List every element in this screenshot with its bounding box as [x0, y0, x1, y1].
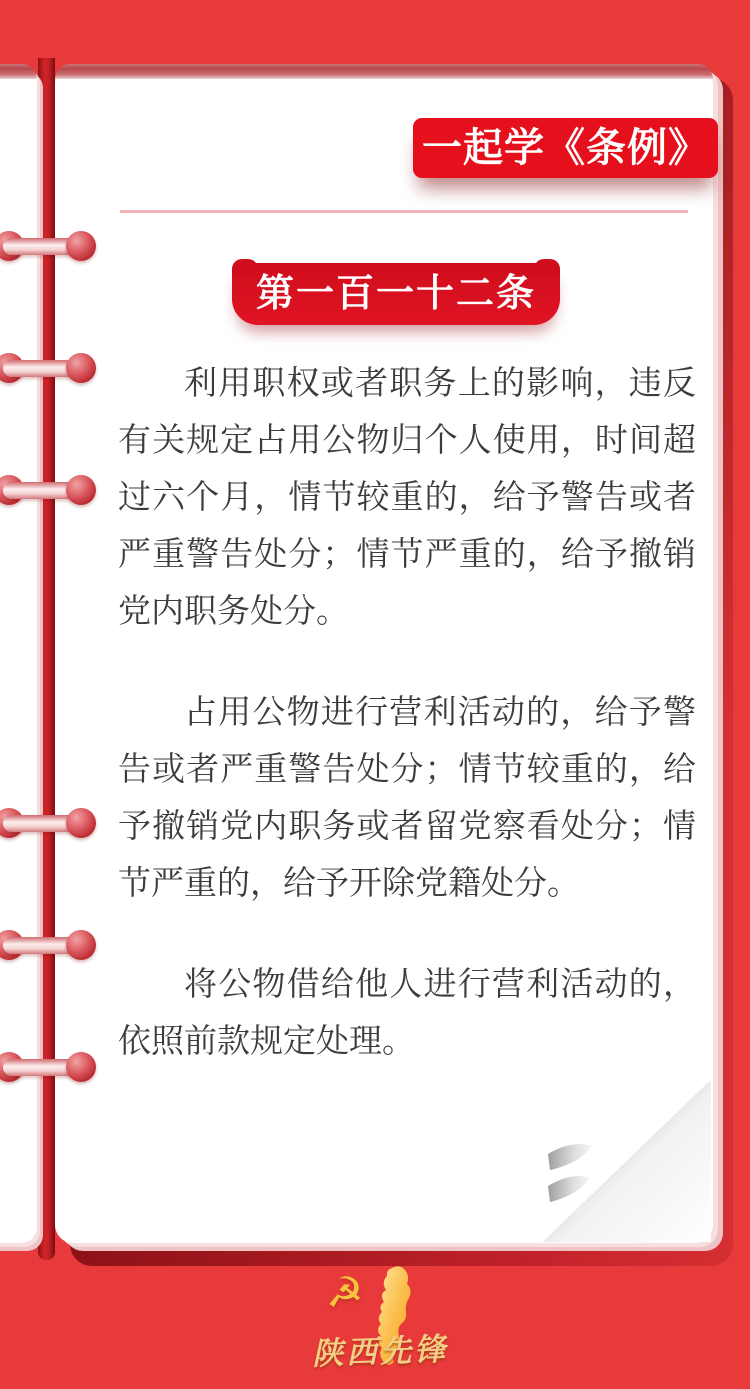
- article-paragraph: 占用公物进行营利活动的，给予警告或者严重警告处分；情节较重的，给予撤销党内职务或…: [118, 683, 696, 911]
- party-emblem-icon: ☭: [326, 1272, 364, 1314]
- logo-text: 陕西先锋: [289, 1323, 470, 1374]
- article-paragraph: 利用职权或者职务上的影响，违反有关规定占用公物归个人使用，时间超过六个月，情节较…: [118, 354, 696, 639]
- binder-ring: [0, 228, 96, 264]
- article-body: 利用职权或者职务上的影响，违反有关规定占用公物归个人使用，时间超过六个月，情节较…: [118, 354, 696, 1069]
- footer-logo: ☭ 陕西先锋: [290, 1262, 470, 1384]
- binder-ring: [0, 472, 96, 508]
- binder-ring: [0, 1049, 96, 1085]
- divider-line: [120, 210, 688, 213]
- article-number-badge: 第一百一十二条: [232, 263, 560, 325]
- binder-ring: [0, 350, 96, 386]
- page-curl: [542, 1082, 712, 1242]
- article-paragraph: 将公物借给他人进行营利活动的，依照前款规定处理。: [118, 955, 696, 1069]
- binder-ring: [0, 805, 96, 841]
- poster: 第一百一十二条 利用职权或者职务上的影响，违反有关规定占用公物归个人使用，时间超…: [0, 0, 750, 1389]
- banner-title: 一起学《条例》: [413, 118, 718, 178]
- notebook-page: 第一百一十二条 利用职权或者职务上的影响，违反有关规定占用公物归个人使用，时间超…: [55, 64, 713, 1243]
- binder-ring: [0, 927, 96, 963]
